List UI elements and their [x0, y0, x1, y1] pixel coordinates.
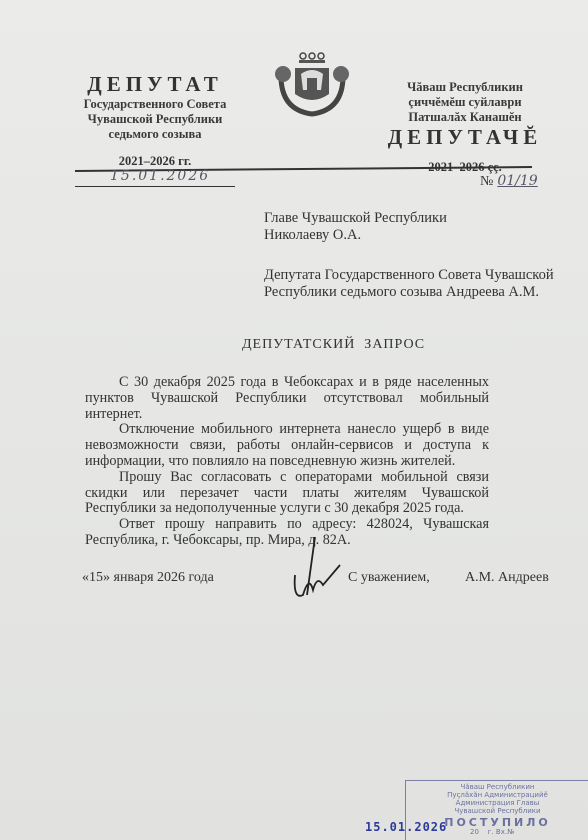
number-label: № [480, 174, 493, 189]
sender-line: Республики седьмого созыва Андреева А.М. [264, 284, 554, 301]
header-right-line: Патшалăх Канашĕн [380, 110, 550, 125]
handwritten-date: 15.01.2026 [110, 168, 210, 184]
document-number: №01/19 [480, 173, 538, 190]
date-underline [75, 186, 235, 187]
addressee: Главе Чувашской Республики Николаеву О.А… [264, 210, 447, 244]
header-right-line: Чăваш Республикин [380, 80, 550, 95]
body-paragraph: Прошу Вас согласовать с операторами моби… [85, 470, 489, 517]
header-right: Чăваш Республикин çиччĕмĕш суйлаври Патш… [380, 80, 550, 175]
document-title: ДЕПУТАТСКИЙ ЗАПРОС [242, 337, 425, 353]
signature-scribble-icon [285, 535, 345, 605]
addressee-line: Главе Чувашской Республики [264, 210, 447, 227]
document-body: С 30 декабря 2025 года в Чебоксарах и в … [85, 375, 489, 549]
stamp-line: Пуçлăхăн Администрацийĕ [406, 791, 588, 799]
header-left: ДЕПУТАТ Государственного Совета Чувашско… [60, 72, 250, 169]
stamp-footer: 20 г. Вх.№ [470, 828, 514, 836]
signature-closing: С уважением, [348, 570, 430, 586]
stamp-line: Администрация Главы [406, 799, 588, 807]
sender-line: Депутата Государственного Совета Чувашск… [264, 267, 554, 284]
signature-date: «15» января 2026 года [82, 570, 214, 586]
coat-of-arms-icon [267, 48, 357, 118]
body-paragraph: С 30 декабря 2025 года в Чебоксарах и в … [85, 375, 489, 422]
body-paragraph: Отключение мобильного интернета нанесло … [85, 422, 489, 469]
header-left-years: 2021–2026 гг. [60, 154, 250, 169]
header-left-line: Государственного Совета [60, 97, 250, 112]
stamp-line: Чăваш Республикин [406, 783, 588, 791]
number-value: 01/19 [497, 173, 537, 189]
stamp-line: Чувашской Республики [406, 807, 588, 815]
header-left-line: седьмого созыва [60, 127, 250, 142]
addressee-line: Николаеву О.А. [264, 227, 447, 244]
header-right-title: ДЕПУТАЧĔ [380, 125, 550, 150]
header-left-line: Чувашской Республики [60, 112, 250, 127]
header-right-line: çиччĕмĕш суйлаври [380, 95, 550, 110]
sender: Депутата Государственного Совета Чувашск… [264, 267, 554, 301]
header-left-title: ДЕПУТАТ [60, 72, 250, 97]
signature-name: А.М. Андреев [465, 570, 549, 586]
stamp-date: 15.01.2026 [365, 820, 447, 834]
